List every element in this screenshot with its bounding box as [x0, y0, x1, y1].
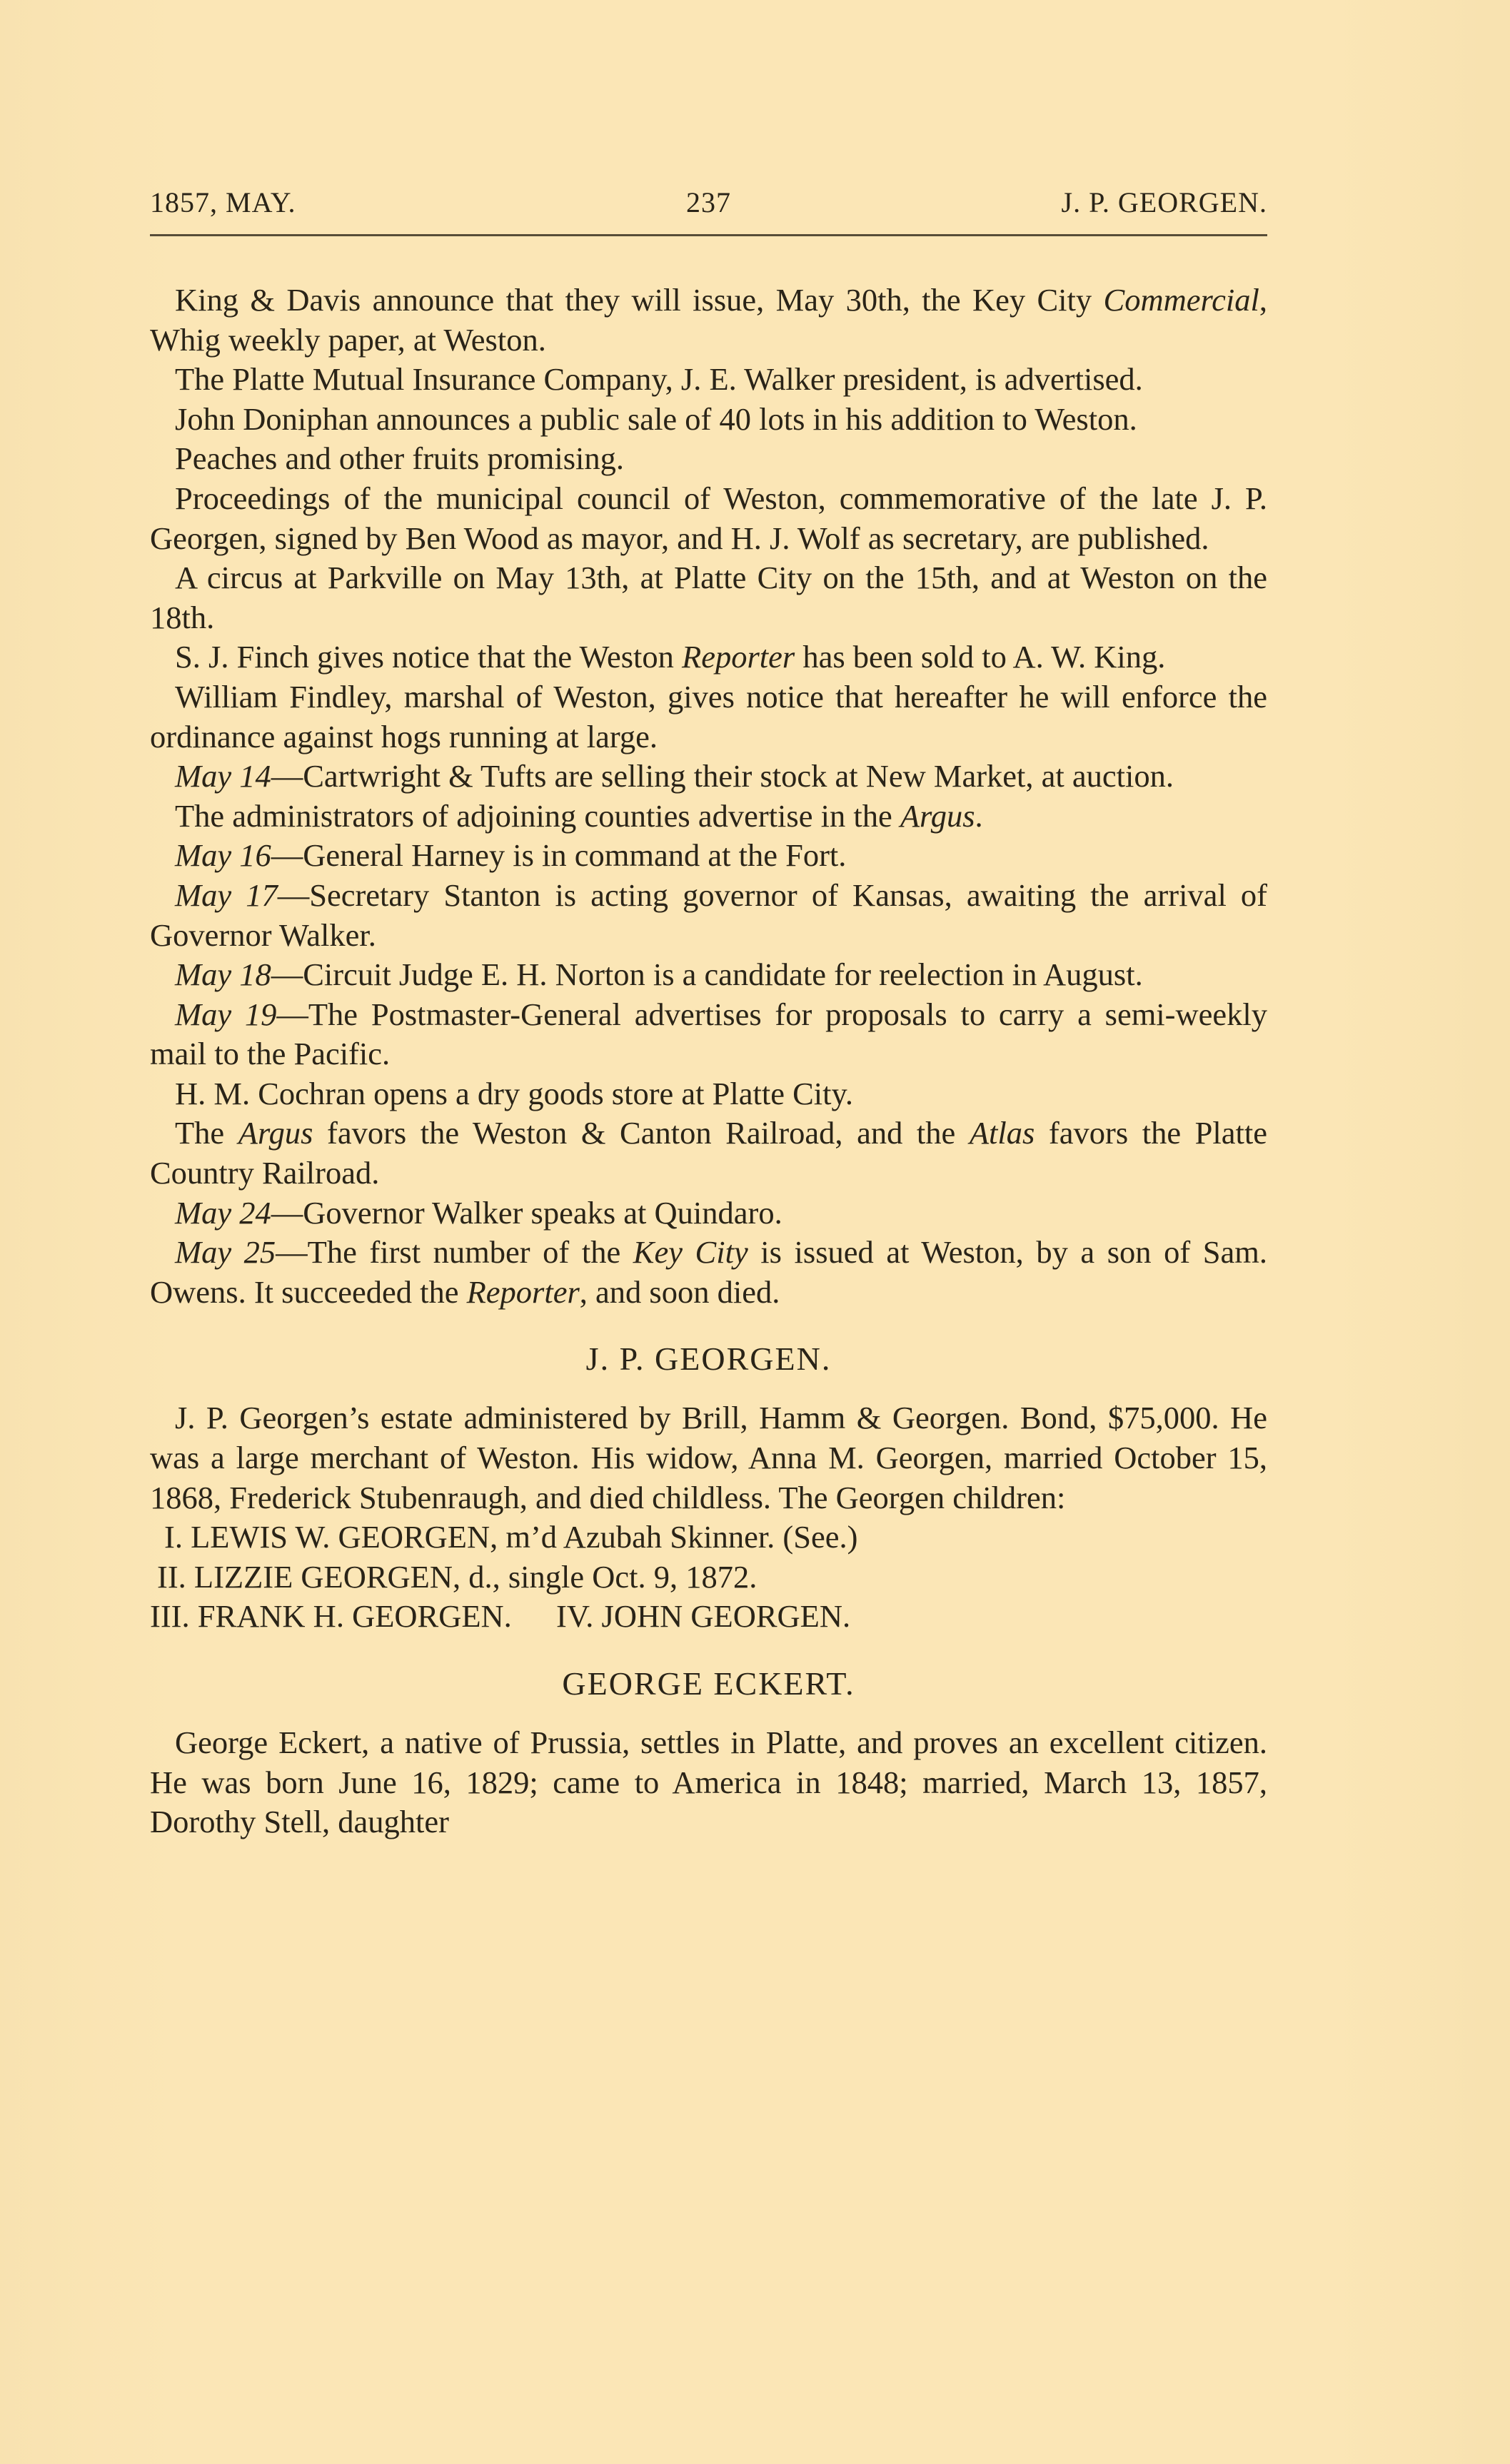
entry-paragraph: Proceedings of the municipal council of …: [150, 479, 1267, 558]
entry-paragraph: Peaches and other fruits promising.: [150, 439, 1267, 479]
child-text: LIZZIE GEORGEN, d., single Oct. 9, 1872.: [194, 1559, 757, 1595]
running-head-date: 1857, MAY.: [150, 184, 296, 221]
child-item: I. LEWIS W. GEORGEN, m’d Azubah Skinner.…: [150, 1518, 1267, 1557]
child-numeral: III.: [150, 1597, 190, 1637]
running-head-title: J. P. GEORGEN.: [1062, 184, 1267, 221]
dated-entry: May 14—Cartwright & Tufts are selling th…: [150, 757, 1267, 797]
child-numeral: IV.: [556, 1597, 593, 1637]
dated-entry: May 25—The first number of the Key City …: [150, 1233, 1267, 1312]
child-text: LEWIS W. GEORGEN, m’d Azubah Skinner. (S…: [191, 1519, 857, 1555]
dated-entry: May 24—Governor Walker speaks at Quindar…: [150, 1193, 1267, 1233]
section-heading-georgen: J. P. GEORGEN.: [150, 1339, 1267, 1378]
child-numeral: II.: [157, 1557, 186, 1597]
dated-entry: May 18—Circuit Judge E. H. Norton is a c…: [150, 955, 1267, 995]
entry-paragraph: The Platte Mutual Insurance Company, J. …: [150, 360, 1267, 400]
section-heading-eckert: GEORGE ECKERT.: [150, 1664, 1267, 1703]
section-paragraph: George Eckert, a native of Prussia, sett…: [150, 1723, 1267, 1842]
child-numeral: I.: [164, 1518, 183, 1557]
dated-entry: May 17—Secretary Stanton is acting gover…: [150, 876, 1267, 955]
entry-date: May 14: [175, 758, 271, 794]
dated-entry: May 16—General Harney is in command at t…: [150, 836, 1267, 876]
book-page: 1857, MAY. 237 J. P. GEORGEN. King & Dav…: [150, 184, 1267, 1842]
entry-paragraph: H. M. Cochran opens a dry goods store at…: [150, 1074, 1267, 1114]
entry-paragraph: William Findley, marshal of Weston, give…: [150, 677, 1267, 757]
entry-paragraph: King & Davis announce that they will iss…: [150, 281, 1267, 360]
entry-date: May 19: [175, 996, 276, 1032]
entry-paragraph: John Doniphan announces a public sale of…: [150, 400, 1267, 440]
section-paragraph: J. P. Georgen’s estate administered by B…: [150, 1398, 1267, 1518]
children-list: I. LEWIS W. GEORGEN, m’d Azubah Skinner.…: [150, 1518, 1267, 1637]
entry-paragraph: The Argus favors the Weston & Canton Rai…: [150, 1114, 1267, 1193]
entry-date: May 17: [175, 877, 278, 913]
entry-paragraph: S. J. Finch gives notice that the Weston…: [150, 637, 1267, 677]
child-item: III. FRANK H. GEORGEN. IV. JOHN GEORGEN.: [150, 1597, 1267, 1637]
entry-paragraph: The administrators of adjoining counties…: [150, 797, 1267, 837]
entry-paragraph: A circus at Parkville on May 13th, at Pl…: [150, 558, 1267, 637]
entry-date: May 18: [175, 956, 271, 992]
header-rule: [150, 234, 1267, 236]
entry-date: May 25: [175, 1234, 276, 1270]
child-text: FRANK H. GEORGEN.: [198, 1598, 512, 1634]
page-body: King & Davis announce that they will iss…: [150, 281, 1267, 1842]
running-head: 1857, MAY. 237 J. P. GEORGEN.: [150, 184, 1267, 221]
child-item: II. LIZZIE GEORGEN, d., single Oct. 9, 1…: [150, 1557, 1267, 1597]
dated-entry: May 19—The Postmaster-General advertises…: [150, 995, 1267, 1074]
entry-date: May 24: [175, 1195, 271, 1231]
entry-date: May 16: [175, 837, 271, 873]
child-text: JOHN GEORGEN.: [602, 1598, 851, 1634]
